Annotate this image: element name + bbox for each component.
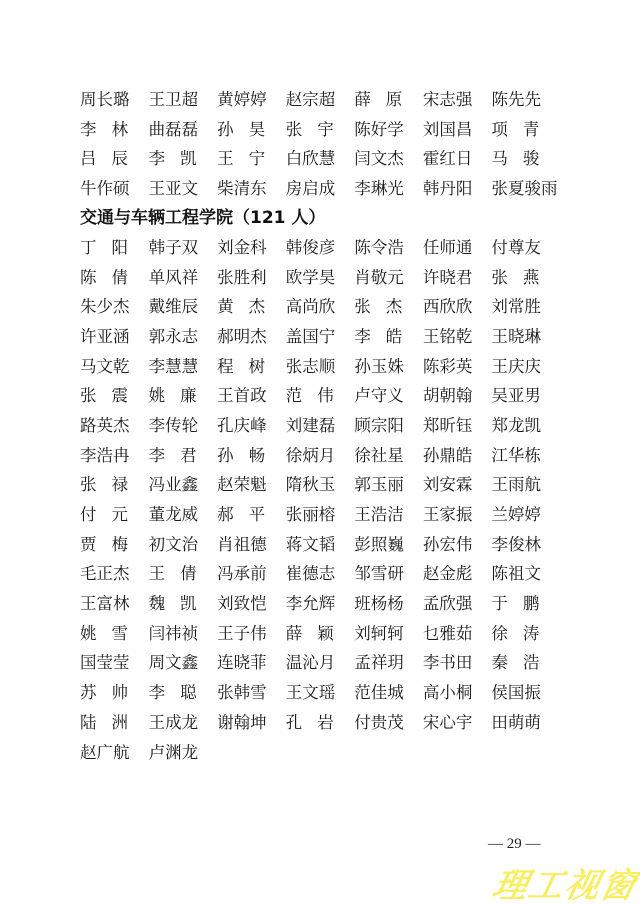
name-entry: 项青	[491, 116, 539, 140]
name-entry: 王浩洁	[354, 501, 423, 525]
name-entry: 董龙威	[149, 501, 218, 525]
name-entry: 西欣欣	[423, 293, 492, 317]
name-entry: 韩丹阳	[423, 175, 492, 199]
name-entry: 任师通	[423, 234, 492, 258]
name-entry: 马文乾	[80, 353, 149, 377]
name-entry: 王晓琳	[491, 323, 560, 347]
name-entry: 陈令浩	[354, 234, 423, 258]
name-entry: 范佳城	[354, 679, 423, 703]
name-row: 毛正杰王倩冯承前崔德志邹雪研赵金彪陈祖文	[80, 558, 560, 588]
name-entry: 郝平	[217, 501, 265, 525]
name-row: 张震姚廉王首政范伟卢守义胡朝翰吴亚男	[80, 379, 560, 409]
name-row: 陆洲王成龙谢翰坤孔岩付贵茂宋心宇田萌萌	[80, 706, 560, 736]
name-row: 周长璐王卫超黄婷婷赵宗超薛原宋志强陈先先	[80, 83, 560, 113]
name-entry: 马骏	[491, 145, 539, 169]
name-entry: 班杨杨	[354, 590, 423, 614]
name-entry: 孙玉姝	[354, 353, 423, 377]
name-entry: 许亚涵	[80, 323, 149, 347]
name-entry: 苏帅	[80, 679, 128, 703]
name-entry: 肖祖德	[217, 531, 286, 555]
name-entry: 王铭乾	[423, 323, 492, 347]
name-entry: 王亚文	[149, 175, 218, 199]
name-entry: 崔德志	[286, 560, 355, 584]
name-row: 朱少杰戴维辰黄杰高尚欣张杰西欣欣刘常胜	[80, 290, 560, 320]
name-entry: 隋秋玉	[286, 471, 355, 495]
name-entry: 刘轲轲	[354, 620, 423, 644]
name-entry: 周长璐	[80, 86, 149, 110]
name-row: 丁阳韩子双刘金科韩俊彦陈令浩任师通付尊友	[80, 231, 560, 261]
name-entry: 邹雪研	[354, 560, 423, 584]
name-entry: 李聪	[149, 679, 197, 703]
name-entry: 李凯	[149, 145, 197, 169]
name-row: 李浩冉李君孙畅徐炳月徐社星孙鼎皓江华栋	[80, 439, 560, 469]
name-entry: 孙宏伟	[423, 531, 492, 555]
name-entry: 孙鼎皓	[423, 442, 492, 466]
name-entry: 闫祎祯	[149, 620, 218, 644]
name-row: 吕辰李凯王宁白欣慧闫文杰霍红日马骏	[80, 142, 560, 172]
name-entry: 陈彩英	[423, 353, 492, 377]
name-entry: 吕辰	[80, 145, 128, 169]
name-entry: 黄杰	[217, 293, 265, 317]
name-row: 许亚涵郭永志郝明杰盖国宁李皓王铭乾王晓琳	[80, 320, 560, 350]
name-entry: 李君	[149, 442, 197, 466]
name-row: 张禄冯业鑫赵荣魁隋秋玉郭玉丽刘安霖王雨航	[80, 469, 560, 499]
name-entry: 白欣慧	[286, 145, 355, 169]
name-entry: 黄婷婷	[217, 86, 286, 110]
name-entry: 韩子双	[149, 234, 218, 258]
name-entry: 徐炳月	[286, 442, 355, 466]
name-entry: 刘安霖	[423, 471, 492, 495]
name-entry: 张宇	[286, 116, 334, 140]
page-number: — 29 —	[488, 836, 541, 853]
name-entry: 刘国昌	[423, 116, 492, 140]
name-entry: 赵荣魁	[217, 471, 286, 495]
name-entry: 兰婷婷	[491, 501, 560, 525]
section-heading: 交通与车辆工程学院（121 人）	[80, 203, 325, 228]
name-entry: 吴亚男	[491, 382, 560, 406]
name-entry: 孙昊	[217, 116, 265, 140]
name-row: 陈倩单风祥张胜利欧学昊肖敬元许晓君张燕	[80, 261, 560, 291]
name-entry: 薛原	[354, 86, 402, 110]
name-entry: 朱少杰	[80, 293, 149, 317]
name-entry: 孟祥玥	[354, 649, 423, 673]
watermark-logo: 理工视窗	[489, 858, 640, 905]
name-entry: 王成龙	[149, 709, 218, 733]
name-entry: 柴清东	[217, 175, 286, 199]
name-entry: 李传轮	[149, 412, 218, 436]
name-entry: 丁阳	[80, 234, 128, 258]
name-entry: 单风祥	[149, 264, 218, 288]
name-entry: 徐涛	[491, 620, 539, 644]
name-entry: 魏凯	[149, 590, 197, 614]
name-row: 苏帅李聪张韩雪王文瑶范佳城高小桐侯国振	[80, 676, 560, 706]
name-entry: 于鹏	[491, 590, 539, 614]
name-entry: 王首政	[217, 382, 286, 406]
name-row: 贾梅初文治肖祖德蒋文韬彭照巍孙宏伟李俊林	[80, 528, 560, 558]
name-entry: 牛作硕	[80, 175, 149, 199]
name-entry: 徐社星	[354, 442, 423, 466]
name-entry: 冯业鑫	[149, 471, 218, 495]
name-entry: 郝明杰	[217, 323, 286, 347]
name-entry: 高小桐	[423, 679, 492, 703]
name-entry: 乜雅茹	[423, 620, 492, 644]
name-entry: 刘金科	[217, 234, 286, 258]
name-entry: 刘建磊	[286, 412, 355, 436]
name-entry: 张胜利	[217, 264, 286, 288]
name-row: 王富林魏凯刘致恺李允辉班杨杨孟欣强于鹏	[80, 587, 560, 617]
name-row: 赵广航卢渊龙	[80, 736, 560, 766]
name-entry: 陈先先	[491, 86, 560, 110]
name-entry: 陈倩	[80, 264, 128, 288]
name-row: 牛作硕王亚文柴清东房启成李琳光韩丹阳张夏骏雨	[80, 172, 560, 202]
name-entry: 王文瑶	[286, 679, 355, 703]
name-entry: 姚雪	[80, 620, 128, 644]
name-entry: 王富林	[80, 590, 149, 614]
name-entry: 冯承前	[217, 560, 286, 584]
name-entry: 王卫超	[149, 86, 218, 110]
name-row: 马文乾李慧慧程树张志顺孙玉姝陈彩英王庆庆	[80, 350, 560, 380]
name-entry: 张震	[80, 382, 128, 406]
name-entry: 周文鑫	[149, 649, 218, 673]
name-entry: 连晓菲	[217, 649, 286, 673]
name-entry: 陈好学	[354, 116, 423, 140]
name-entry: 程树	[217, 353, 265, 377]
name-entry: 欧学昊	[286, 264, 355, 288]
name-entry: 卢渊龙	[149, 739, 218, 763]
name-entry: 侯国振	[491, 679, 560, 703]
name-entry: 张禄	[80, 471, 128, 495]
name-entry: 李慧慧	[149, 353, 218, 377]
name-entry: 范伟	[286, 382, 334, 406]
name-entry: 郑龙凯	[491, 412, 560, 436]
name-entry: 路英杰	[80, 412, 149, 436]
name-row: 姚雪闫祎祯王子伟薛颖刘轲轲乜雅茹徐涛	[80, 617, 560, 647]
name-entry: 贾梅	[80, 531, 128, 555]
name-entry: 付元	[80, 501, 128, 525]
name-entry: 宋心宇	[423, 709, 492, 733]
name-entry: 李浩冉	[80, 442, 149, 466]
name-entry: 孔庆峰	[217, 412, 286, 436]
name-entry: 曲磊磊	[149, 116, 218, 140]
name-entry: 孔岩	[286, 709, 334, 733]
name-entry: 秦浩	[491, 649, 539, 673]
name-row: 路英杰李传轮孔庆峰刘建磊顾宗阳郑昕钰郑龙凯	[80, 409, 560, 439]
name-entry: 江华栋	[491, 442, 560, 466]
name-entry: 卢守义	[354, 382, 423, 406]
name-entry: 王子伟	[217, 620, 286, 644]
name-entry: 赵金彪	[423, 560, 492, 584]
name-list-top: 周长璐王卫超黄婷婷赵宗超薛原宋志强陈先先李林曲磊磊孙昊张宇陈好学刘国昌项青吕辰李…	[80, 83, 560, 202]
name-entry: 闫文杰	[354, 145, 423, 169]
name-entry: 张韩雪	[217, 679, 286, 703]
name-entry: 赵宗超	[286, 86, 355, 110]
name-entry: 顾宗阳	[354, 412, 423, 436]
name-entry: 王雨航	[491, 471, 560, 495]
name-list-transport: 丁阳韩子双刘金科韩俊彦陈令浩任师通付尊友陈倩单风祥张胜利欧学昊肖敬元许晓君张燕朱…	[80, 231, 560, 765]
name-row: 李林曲磊磊孙昊张宇陈好学刘国昌项青	[80, 113, 560, 143]
name-row: 国莹莹周文鑫连晓菲温沁月孟祥玥李书田秦浩	[80, 647, 560, 677]
name-entry: 温沁月	[286, 649, 355, 673]
name-entry: 谢翰坤	[217, 709, 286, 733]
name-entry: 王庆庆	[491, 353, 560, 377]
name-entry: 张志顺	[286, 353, 355, 377]
name-entry: 李林	[80, 116, 128, 140]
name-entry: 孙畅	[217, 442, 265, 466]
name-entry: 郑昕钰	[423, 412, 492, 436]
name-entry: 刘常胜	[491, 293, 560, 317]
name-entry: 姚廉	[149, 382, 197, 406]
name-entry: 李琳光	[354, 175, 423, 199]
name-entry: 张夏骏雨	[491, 175, 560, 199]
name-entry: 薛颖	[286, 620, 334, 644]
name-entry: 胡朝翰	[423, 382, 492, 406]
name-entry: 韩俊彦	[286, 234, 355, 258]
name-entry: 肖敬元	[354, 264, 423, 288]
document-page: 周长璐王卫超黄婷婷赵宗超薛原宋志强陈先先李林曲磊磊孙昊张宇陈好学刘国昌项青吕辰李…	[0, 0, 640, 905]
name-entry: 宋志强	[423, 86, 492, 110]
name-entry: 高尚欣	[286, 293, 355, 317]
name-entry: 李书田	[423, 649, 492, 673]
name-entry: 戴维辰	[149, 293, 218, 317]
name-entry: 陆洲	[80, 709, 128, 733]
name-entry: 付尊友	[491, 234, 560, 258]
name-entry: 郭永志	[149, 323, 218, 347]
name-entry: 王家振	[423, 501, 492, 525]
name-entry: 田萌萌	[491, 709, 560, 733]
name-entry: 孟欣强	[423, 590, 492, 614]
name-entry: 许晓君	[423, 264, 492, 288]
name-entry: 付贵茂	[354, 709, 423, 733]
name-entry: 王宁	[217, 145, 265, 169]
name-entry: 霍红日	[423, 145, 492, 169]
name-entry: 刘致恺	[217, 590, 286, 614]
name-entry: 彭照巍	[354, 531, 423, 555]
name-entry: 王倩	[149, 560, 197, 584]
name-entry: 国莹莹	[80, 649, 149, 673]
name-entry: 张燕	[491, 264, 539, 288]
name-entry: 张丽榕	[286, 501, 355, 525]
name-row: 付元董龙威郝平张丽榕王浩洁王家振兰婷婷	[80, 498, 560, 528]
name-entry: 毛正杰	[80, 560, 149, 584]
name-entry: 蒋文韬	[286, 531, 355, 555]
name-entry: 赵广航	[80, 739, 149, 763]
name-entry: 郭玉丽	[354, 471, 423, 495]
name-entry: 房启成	[286, 175, 355, 199]
name-entry: 李允辉	[286, 590, 355, 614]
name-entry: 张杰	[354, 293, 402, 317]
name-entry: 初文治	[149, 531, 218, 555]
name-entry: 陈祖文	[491, 560, 560, 584]
name-entry: 盖国宁	[286, 323, 355, 347]
name-entry: 李俊林	[491, 531, 560, 555]
name-entry: 李皓	[354, 323, 402, 347]
